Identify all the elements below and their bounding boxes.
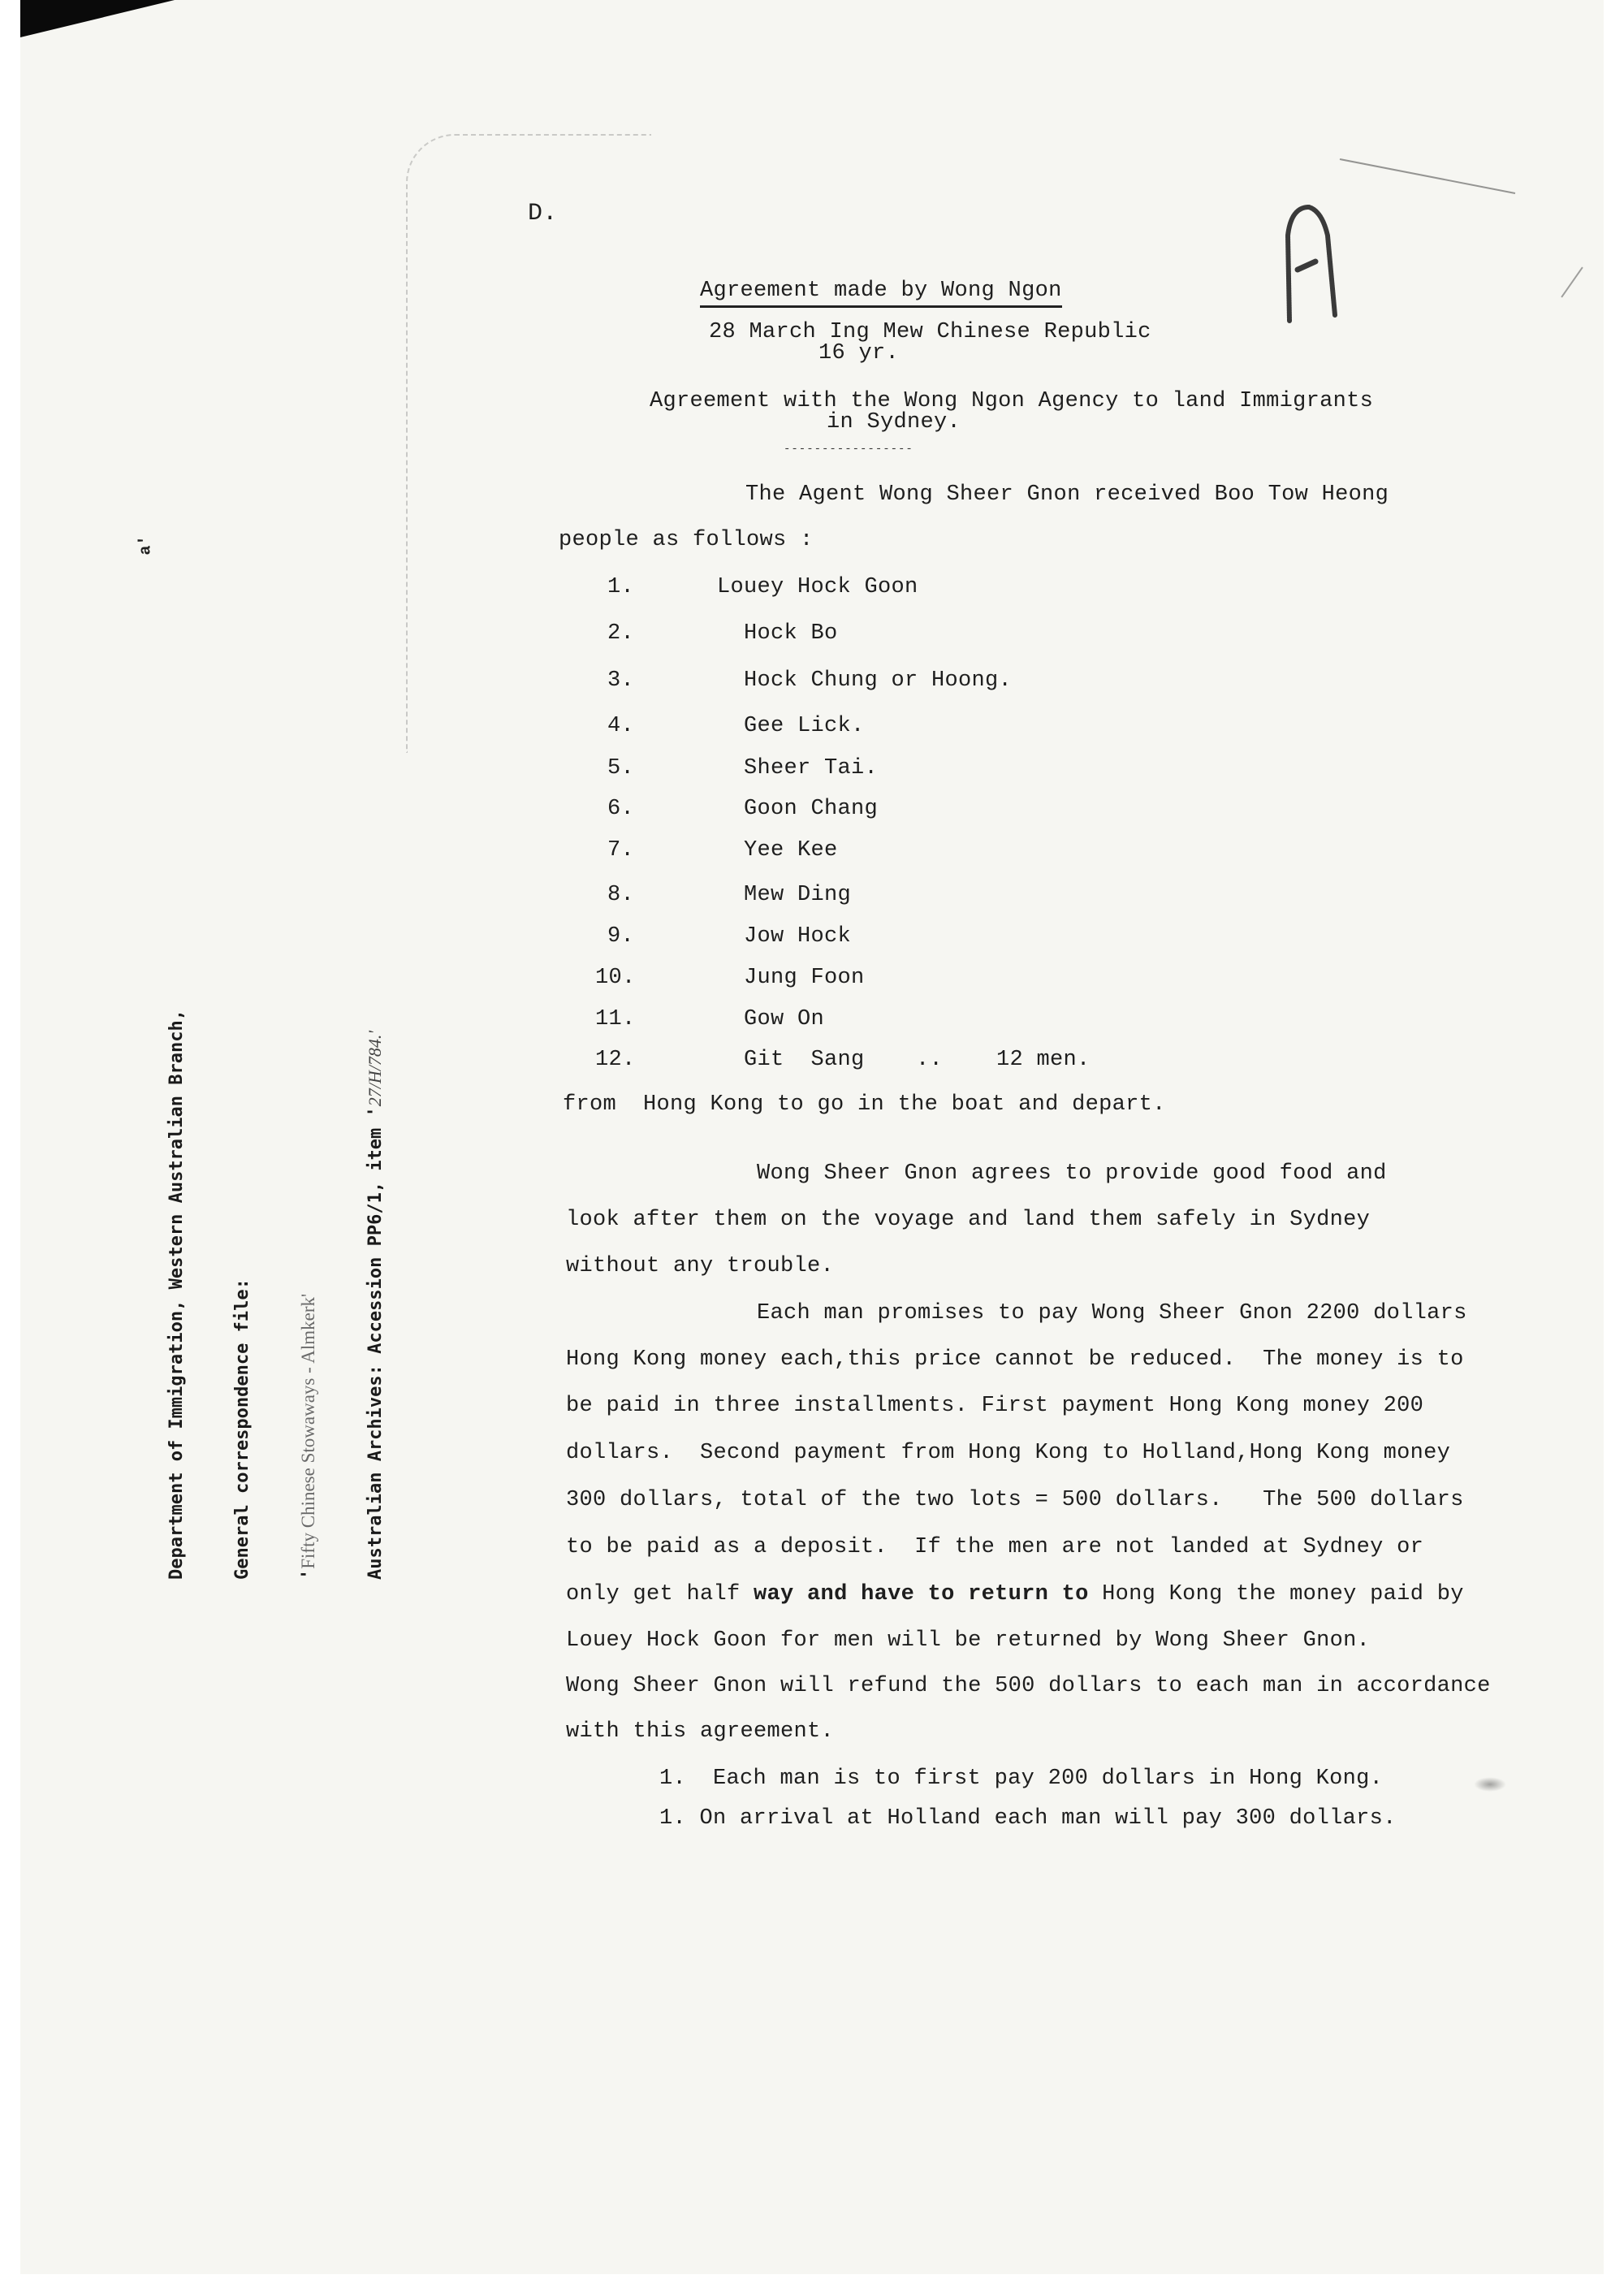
list-item-name: Sheer Tai. <box>744 758 878 780</box>
list-item-name: Gee Lick. <box>744 716 865 737</box>
archive-label-line-1: Department of Immigration, Western Austr… <box>166 1010 188 1580</box>
section-letter: D. <box>528 201 558 226</box>
list-item-number: 9. <box>607 926 634 948</box>
archive-label-line-3: 'Fifty Chinese Stowaways - Almkerk' <box>297 1010 320 1580</box>
intro-line-2: people as follows : <box>559 530 814 551</box>
list-item-number: 11. <box>595 1009 636 1031</box>
archive-label-line-2: General correspondence file: <box>231 1010 253 1580</box>
item-number: 27/H/784.' <box>365 1031 385 1106</box>
paragraph-line: be paid in three installments. First pay… <box>566 1395 1423 1417</box>
list-item-name: Gow On <box>744 1009 824 1031</box>
paragraph-line: Louey Hock Goon for men will be returned… <box>566 1630 1370 1652</box>
list-item-name: Jow Hock <box>744 926 851 948</box>
list-item-number: 10. <box>595 967 636 989</box>
list-item-number: 2. <box>607 623 634 645</box>
paragraph-line: only get half way and have to return to … <box>566 1584 1464 1606</box>
paragraph-line: without any trouble. <box>566 1256 834 1278</box>
archive-label-line-4: Australian Archives: Accession PP6/1, it… <box>364 1010 387 1580</box>
subtitle-line-2: in Sydney. <box>827 412 961 434</box>
list-item-number: 12. <box>595 1049 636 1071</box>
paragraph-line: to be paid as a deposit. If the men are … <box>566 1537 1423 1559</box>
list-item-number: 4. <box>607 716 634 737</box>
list-item-name: Yee Kee <box>744 840 838 862</box>
list-item-name: Hock Bo <box>744 623 838 645</box>
scan-corner-fold <box>20 0 175 37</box>
ink-smudge <box>1474 1777 1506 1792</box>
list-item-number: 8. <box>607 884 634 906</box>
paragraph-line: Hong Kong money each,this price cannot b… <box>566 1349 1464 1371</box>
file-title: Fifty Chinese Stowaways - Almkerk' <box>298 1294 318 1569</box>
paragraph-line: Wong Sheer Gnon agrees to provide good f… <box>757 1163 1387 1185</box>
separator-line: ----------------- <box>784 443 914 456</box>
date-line-2: 16 yr. <box>818 343 899 365</box>
intro-line-1: The Agent Wong Sheer Gnon received Boo T… <box>745 484 1389 506</box>
date-line-1: 28 March Ing Mew Chinese Republic <box>709 322 1151 344</box>
paragraph-line: dollars. Second payment from Hong Kong t… <box>566 1442 1450 1464</box>
term-item: 1. On arrival at Holland each man will p… <box>659 1808 1397 1830</box>
term-item: 1. Each man is to first pay 200 dollars … <box>659 1768 1383 1790</box>
list-item-name: Jung Foon <box>744 967 865 989</box>
list-total: .. 12 men. <box>916 1049 1091 1071</box>
after-list-text: from Hong Kong to go in the boat and dep… <box>563 1094 1166 1116</box>
paragraph-line: with this agreement. <box>566 1721 834 1743</box>
list-item-number: 5. <box>607 758 634 780</box>
archive-reference-label: Department of Immigration, Western Austr… <box>122 1010 408 1580</box>
list-item-number: 3. <box>607 670 634 692</box>
paragraph-line: Each man promises to pay Wong Sheer Gnon… <box>757 1303 1467 1325</box>
subtitle-line-1: Agreement with the Wong Ngon Agency to l… <box>650 391 1373 413</box>
margin-mark: a' <box>137 535 156 555</box>
list-item-number: 1. <box>607 577 634 599</box>
list-item-name: Mew Ding <box>744 884 851 906</box>
list-item-name: Goon Chang <box>744 798 878 820</box>
list-item-number: 7. <box>607 840 634 862</box>
list-item-name: Louey Hock Goon <box>717 577 918 599</box>
list-item-name: Hock Chung or Hoong. <box>744 670 1012 692</box>
list-item-name: Git Sang <box>744 1049 865 1071</box>
paragraph-line: Wong Sheer Gnon will refund the 500 doll… <box>566 1676 1491 1697</box>
document-title: Agreement made by Wong Ngon <box>700 280 1062 308</box>
list-item-number: 6. <box>607 798 634 820</box>
handwritten-a-mark <box>1283 203 1348 325</box>
paragraph-line: 300 dollars, total of the two lots = 500… <box>566 1490 1464 1511</box>
paragraph-line: look after them on the voyage and land t… <box>566 1209 1370 1231</box>
